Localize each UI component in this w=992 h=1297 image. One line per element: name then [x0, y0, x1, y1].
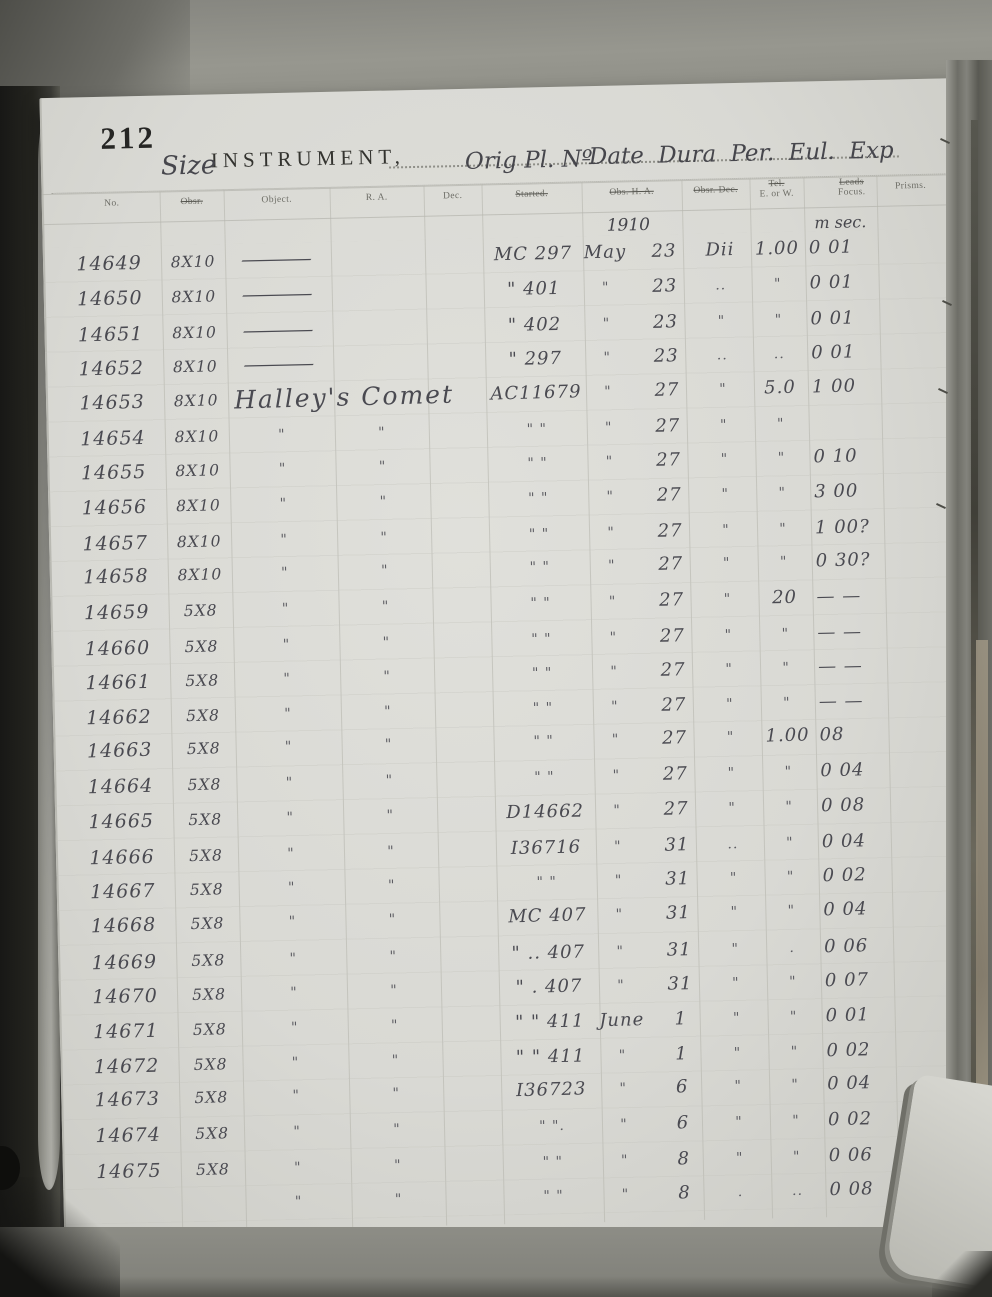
cell-size: 5X8: [179, 1080, 244, 1117]
cell-day: 1: [655, 1001, 706, 1037]
cell-object: ": [230, 486, 337, 523]
cell-no: 14653: [62, 384, 163, 422]
cell-month: ": [585, 793, 650, 829]
cell-tel: ..: [771, 1173, 824, 1209]
cell-dcol: ": [702, 756, 761, 792]
cell-no: 14669: [74, 944, 175, 981]
cell-tel: 1.00: [761, 719, 814, 755]
cell-no: 14672: [76, 1049, 177, 1086]
cell-exp: 08: [819, 717, 890, 754]
cell-size: 8X10: [161, 279, 226, 315]
cell-day: 8: [658, 1142, 709, 1178]
cell-size: 8X10: [165, 453, 230, 489]
cell-plate: " ".: [502, 1108, 603, 1145]
cell-ra: ": [345, 901, 440, 938]
cell-object: ": [235, 695, 342, 732]
cell-size: 5X8: [178, 1047, 243, 1083]
column-header-prisms: Prisms.: [878, 180, 944, 191]
cell-exp: 0 06: [828, 1138, 899, 1174]
cell-day: 31: [653, 896, 704, 932]
cell-ra: ": [342, 763, 437, 800]
cell-month: ": [586, 863, 651, 899]
cell-no: 14662: [69, 699, 170, 736]
cell-object: ": [237, 800, 344, 837]
cell-month: ": [579, 548, 644, 585]
cell-dcol: ": [696, 477, 755, 513]
cell-month: ": [580, 584, 645, 620]
cell-dcol: ": [700, 651, 759, 687]
cell-month: ": [590, 1038, 655, 1074]
cell-ra: ": [351, 1182, 446, 1219]
cell-plate: " ": [490, 585, 591, 622]
cell-month: ": [576, 411, 641, 447]
cell-no: 14674: [78, 1118, 179, 1155]
cell-size: 5X8: [168, 593, 233, 629]
cell-day: 27: [648, 653, 699, 689]
cell-dcol: ": [708, 1036, 767, 1072]
cell-tel: ": [769, 1068, 822, 1104]
cell-plate: I36716: [496, 830, 597, 867]
cell-object: ": [240, 940, 347, 977]
cell-dcol: ..: [693, 337, 752, 373]
cell-tel: 5.0: [754, 370, 807, 406]
cell-month: ": [575, 340, 640, 376]
bottom-left-shadow: [0, 1177, 120, 1297]
cell-day: 27: [647, 619, 698, 655]
cell-dcol: ..: [691, 268, 750, 304]
cell-ra: ": [348, 1043, 443, 1080]
cell-day: 27: [646, 583, 697, 619]
cell-day: 27: [650, 757, 701, 793]
cell-month: June: [589, 1003, 654, 1039]
cell-day: 6: [658, 1106, 709, 1142]
cell-tel: ": [767, 964, 820, 1000]
cell-plate: " ": [486, 412, 587, 449]
cell-dcol: ": [707, 1000, 766, 1036]
cell-plate: " ": [491, 621, 592, 658]
cell-object: ": [229, 451, 336, 488]
cell-object: ": [242, 1045, 349, 1082]
cell-plate: " ": [503, 1178, 604, 1215]
bottom-right-shadow: [932, 1251, 992, 1297]
cell-plate: I36723: [501, 1072, 602, 1110]
cell-day: 23: [641, 339, 692, 375]
cell-exp: 0 04: [827, 1066, 898, 1103]
cell-ra: ": [350, 1148, 445, 1185]
cell-month: ": [578, 479, 643, 515]
cell-plate: " " 411: [500, 1040, 601, 1077]
cell-size: 5X8: [170, 663, 235, 699]
cell-plate: D14662: [495, 794, 596, 831]
cell-no: 14668: [73, 907, 174, 945]
cell-no: 14657: [65, 526, 166, 563]
cell-tel: ": [755, 441, 808, 477]
cell-object: ": [238, 836, 345, 873]
cell-object: —: [227, 346, 334, 383]
cell-dcol: ": [706, 931, 765, 967]
cell-no: 14667: [72, 873, 173, 910]
handwritten-orig-plate-label: Orig Pl. Nº: [465, 146, 593, 175]
cell-size: 8X10: [166, 488, 231, 524]
cell-tel: ": [765, 893, 818, 929]
cell-dcol: ": [703, 791, 762, 827]
cell-tel: ": [757, 512, 810, 548]
cell-object: ": [232, 591, 339, 628]
cell-day: 31: [654, 933, 705, 969]
scanned-logbook-photo: 212 INSTRUMENT, Size Orig Pl. Nº Date Du…: [0, 0, 992, 1297]
handwritten-size-label: Size: [161, 150, 217, 181]
cell-size: 5X8: [171, 731, 236, 768]
cell-day: 6: [657, 1070, 708, 1106]
cell-no: 14649: [59, 246, 160, 283]
cell-month: ": [589, 968, 654, 1004]
column-header-started: Started.: [482, 188, 582, 200]
page-number: 212: [100, 120, 156, 157]
cell-no: 14656: [64, 490, 165, 527]
cell-day: 1: [656, 1037, 707, 1073]
cell-exp: 0 01: [825, 997, 896, 1033]
cell-tel: ": [764, 826, 817, 862]
cell-size: 8X10: [163, 349, 228, 385]
cell-ra: ": [336, 484, 431, 521]
cell-size: 5X8: [180, 1116, 245, 1152]
cell-ra: ": [338, 589, 433, 626]
cell-tel: ": [763, 790, 816, 826]
cell-month: ": [581, 620, 646, 656]
cell-object: ": [234, 660, 341, 697]
cell-size: 5X8: [173, 802, 238, 838]
cell-tel: 1.00: [751, 232, 804, 268]
cell-month: ": [583, 722, 648, 759]
cell-plate: " ": [488, 481, 589, 518]
cell-exp: 1 00: [812, 368, 883, 405]
cell-dcol: ": [705, 894, 764, 930]
cell-plate: " 402: [484, 307, 585, 344]
cell-tel: ": [751, 266, 804, 302]
column-header-ra: R. A.: [330, 192, 424, 204]
logbook-page: 212 INSTRUMENT, Size Orig Pl. Nº Date Du…: [39, 78, 982, 1256]
cell-exp: 0 02: [822, 858, 893, 894]
page-title: INSTRUMENT,: [211, 144, 406, 173]
cell-tel: ": [760, 650, 813, 686]
cell-ra: ": [344, 868, 439, 905]
cell-day: 27: [645, 514, 696, 550]
cell-object: ": [243, 1078, 350, 1116]
cell-exp: 0 01: [809, 265, 880, 301]
cell-month: ": [586, 829, 651, 865]
cell-month: ": [573, 270, 638, 306]
cell-month: ": [576, 374, 641, 411]
cell-tel: ": [752, 302, 805, 338]
ledger-rows: 146498X10—MC 297May23Dii1.000 01146508X1…: [43, 228, 982, 1225]
cell-day: 31: [655, 967, 706, 1003]
cell-exp: 1 00?: [815, 510, 886, 546]
cell-exp: 0 30?: [815, 543, 886, 580]
cell-tel: ": [754, 407, 807, 443]
cell-ra: ": [340, 658, 435, 695]
cell-month: ": [579, 515, 644, 551]
cell-day: 27: [649, 721, 700, 757]
cell-size: 8X10: [165, 420, 230, 456]
cell-exp: 0 01: [811, 335, 882, 371]
cell-tel: ": [759, 616, 812, 652]
cell-dcol: ": [707, 965, 766, 1001]
cell-size: 5X8: [171, 698, 236, 734]
cell-object: —: [226, 313, 333, 350]
cell-ra: ": [341, 693, 436, 730]
cell-size: 5X8: [176, 943, 241, 979]
column-header-obsrdec: Obsr. Dec.: [682, 185, 750, 196]
cell-no: 14664: [70, 769, 171, 806]
cell-object: ": [229, 417, 336, 454]
cell-ra: ": [337, 520, 432, 557]
cell-size: 8X10: [167, 524, 232, 560]
cell-day: 27: [651, 792, 702, 828]
cell-object: ": [245, 1150, 352, 1187]
cell-plate: " ": [493, 723, 594, 761]
cell-plate: " ": [492, 655, 593, 692]
cell-no: 14673: [77, 1082, 178, 1120]
cell-no: 14665: [71, 804, 172, 841]
cell-no: 14671: [75, 1013, 176, 1050]
cell-exp: — —: [817, 615, 888, 651]
cell-plate: " . 407: [499, 969, 600, 1006]
cell-object: ": [231, 554, 338, 592]
cell-exp: — —: [816, 579, 887, 615]
cell-dcol: ": [699, 617, 758, 653]
cell-day: 23: [639, 269, 690, 305]
column-header-obsha: Obs. H. A.: [580, 186, 684, 198]
cell-dcol: ": [697, 513, 756, 549]
cell-object: ": [244, 1114, 351, 1151]
cell-tel: ": [770, 1139, 823, 1175]
cell-no: 14661: [68, 664, 169, 701]
cell-month: ": [583, 689, 648, 725]
column-header-dec: Dec.: [424, 191, 482, 202]
cell-dcol: ": [700, 686, 759, 722]
cell-day: 27: [649, 687, 700, 723]
cell-no: 14659: [66, 594, 167, 631]
cell-exp: — —: [818, 683, 889, 719]
cell-day: 31: [652, 862, 703, 898]
cell-dcol: ": [692, 303, 751, 339]
cell-day: 31: [652, 828, 703, 864]
cell-tel: ": [762, 755, 815, 791]
cell-no: 14654: [63, 421, 164, 458]
cell-exp: 0 08: [821, 788, 892, 824]
cell-no: 14660: [67, 630, 168, 667]
cell-object: ": [239, 903, 346, 941]
cell-exp: 0 02: [826, 1033, 897, 1069]
cell-plate: MC 297: [483, 236, 584, 273]
handwritten-date-header: Date Dura Per. Eul. Exp: [589, 138, 894, 171]
cell-object: ": [233, 627, 340, 664]
column-header-no: No.: [62, 198, 162, 210]
cell-tel: ": [760, 685, 813, 721]
cell-object: ": [241, 1009, 348, 1046]
cell-ra: ": [346, 938, 441, 975]
cell-exp: 0 06: [824, 929, 895, 965]
cell-dcol: ": [704, 861, 763, 897]
cell-plate: " ": [489, 516, 590, 553]
cell-size: 8X10: [162, 315, 227, 351]
cell-no: 14652: [61, 350, 162, 387]
cell-exp: 0 01: [809, 230, 880, 266]
cell-exp: 0 04: [822, 824, 893, 860]
cell-no: 14663: [69, 733, 170, 771]
cell-object: ": [235, 729, 342, 767]
cell-plate: " 297: [485, 341, 586, 378]
cell-size: 8X10: [164, 383, 229, 420]
column-header-tel: Tel.E. or W.: [749, 179, 803, 200]
cell-month: ": [587, 897, 652, 934]
cell-object: —: [225, 277, 332, 314]
cell-tel: ": [756, 476, 809, 512]
cell-object: —: [225, 242, 332, 279]
cell-size: 5X8: [174, 838, 239, 874]
cell-no: 14670: [75, 978, 176, 1015]
cell-size: 5X8: [172, 767, 237, 803]
cell-day: 27: [643, 443, 694, 479]
cell-day: 27: [644, 478, 695, 514]
cell-ra: ": [341, 727, 436, 764]
cell-exp: 0 01: [810, 301, 881, 337]
cell-exp: 3 00: [814, 474, 885, 510]
cell-plate: " 401: [483, 271, 584, 308]
cell-dcol: ": [697, 546, 756, 582]
cell-month: ": [588, 934, 653, 970]
cell-dcol: ": [698, 582, 757, 618]
cell-dcol: ": [710, 1105, 769, 1141]
cell-month: ": [592, 1143, 657, 1179]
cell-size: 5X8: [181, 1152, 246, 1188]
cell-no: 14650: [60, 280, 161, 317]
cell-ra: ": [339, 624, 434, 661]
cell-exp: 0 04: [820, 753, 891, 789]
cell-tel: ": [767, 999, 820, 1035]
cell-tel: 20: [758, 580, 811, 616]
cell-dcol: ..: [704, 827, 763, 863]
cell-plate: " ": [487, 446, 588, 483]
cell-exp: 0 07: [825, 962, 896, 998]
cell-dcol: ": [694, 408, 753, 444]
cell-no: 14655: [63, 455, 164, 492]
cell-exp: — —: [818, 648, 889, 684]
cell-plate: " ": [489, 549, 590, 587]
cell-ra: ": [335, 415, 430, 452]
cell-object: ": [238, 870, 345, 907]
column-header-object: Object.: [224, 194, 330, 206]
cell-month: ": [584, 758, 649, 794]
cell-ra: ": [350, 1112, 445, 1149]
cell-no: 14666: [72, 840, 173, 877]
cell-month: ": [591, 1071, 656, 1108]
cell-dcol: .: [711, 1175, 770, 1211]
cell-day: 8: [659, 1176, 710, 1212]
cell-exp: 0 08: [829, 1172, 900, 1208]
cell-no: 14658: [65, 558, 166, 596]
cell-tel: ": [757, 544, 810, 580]
cell-day: 27: [642, 372, 693, 408]
cell-dcol: ": [695, 442, 754, 478]
cell-object: Halley's Comet: [234, 377, 455, 418]
cell-ra: ": [344, 834, 439, 871]
cell-ra: ": [337, 552, 432, 589]
cell-object: ": [245, 1184, 352, 1221]
cell-plate: AC11679: [486, 375, 587, 413]
cell-dcol: ": [701, 720, 760, 756]
cell-dcol: Dii: [691, 233, 750, 269]
cell-tel: ": [768, 1035, 821, 1071]
cell-tel: ": [764, 859, 817, 895]
cell-ra: ": [335, 449, 430, 486]
cell-dcol: ": [709, 1069, 768, 1105]
cell-ra: ": [343, 798, 438, 835]
cell-month: ": [592, 1107, 657, 1143]
cell-plate: " ": [493, 690, 594, 727]
handwritten-year: 1910: [590, 215, 666, 237]
cell-plate: " ": [502, 1144, 603, 1181]
cell-size: 5X8: [175, 906, 240, 943]
cell-object: ": [241, 974, 348, 1011]
cell-month: ": [577, 444, 642, 480]
cell-ra: ": [349, 1076, 444, 1113]
cell-month: ": [593, 1177, 658, 1213]
cell-size: 8X10: [161, 244, 226, 280]
cell-size: 8X10: [167, 557, 232, 594]
cell-object: ": [231, 522, 338, 559]
cell-size: 5X8: [177, 1012, 242, 1048]
cell-month: ": [582, 654, 647, 690]
table-surface-bottom: [0, 1227, 992, 1297]
cell-ra: ": [347, 972, 442, 1009]
cell-day: 23: [639, 234, 690, 270]
cell-plate: " ": [496, 864, 597, 901]
cell-tel: ..: [753, 336, 806, 372]
cell-ra: ": [347, 1007, 442, 1044]
cell-day: 27: [642, 409, 693, 445]
cell-day: 27: [645, 547, 696, 583]
cell-plate: " ": [494, 760, 595, 797]
cell-size: 5X8: [177, 977, 242, 1013]
cell-object: ": [236, 765, 343, 802]
cell-no: 14651: [60, 316, 161, 353]
cell-dcol: ": [694, 371, 753, 407]
cell-exp: 0 10: [813, 439, 884, 475]
cell-day: 23: [640, 305, 691, 341]
cell-month: ": [574, 306, 639, 342]
cell-tel: .: [766, 930, 819, 966]
cell-month: May: [573, 235, 638, 271]
cell-exp: 0 02: [828, 1102, 899, 1138]
cell-dcol: ": [710, 1141, 769, 1177]
column-header-obsr: Obsr.: [160, 196, 224, 207]
cell-plate: MC 407: [497, 898, 598, 936]
cell-exp: 0 04: [823, 891, 894, 928]
cell-plate: " .. 407: [498, 935, 599, 972]
cell-plate: " " 411: [499, 1004, 600, 1041]
cell-size: 5X8: [174, 872, 239, 908]
cell-tel: ": [770, 1104, 823, 1140]
cell-size: 5X8: [169, 629, 234, 665]
